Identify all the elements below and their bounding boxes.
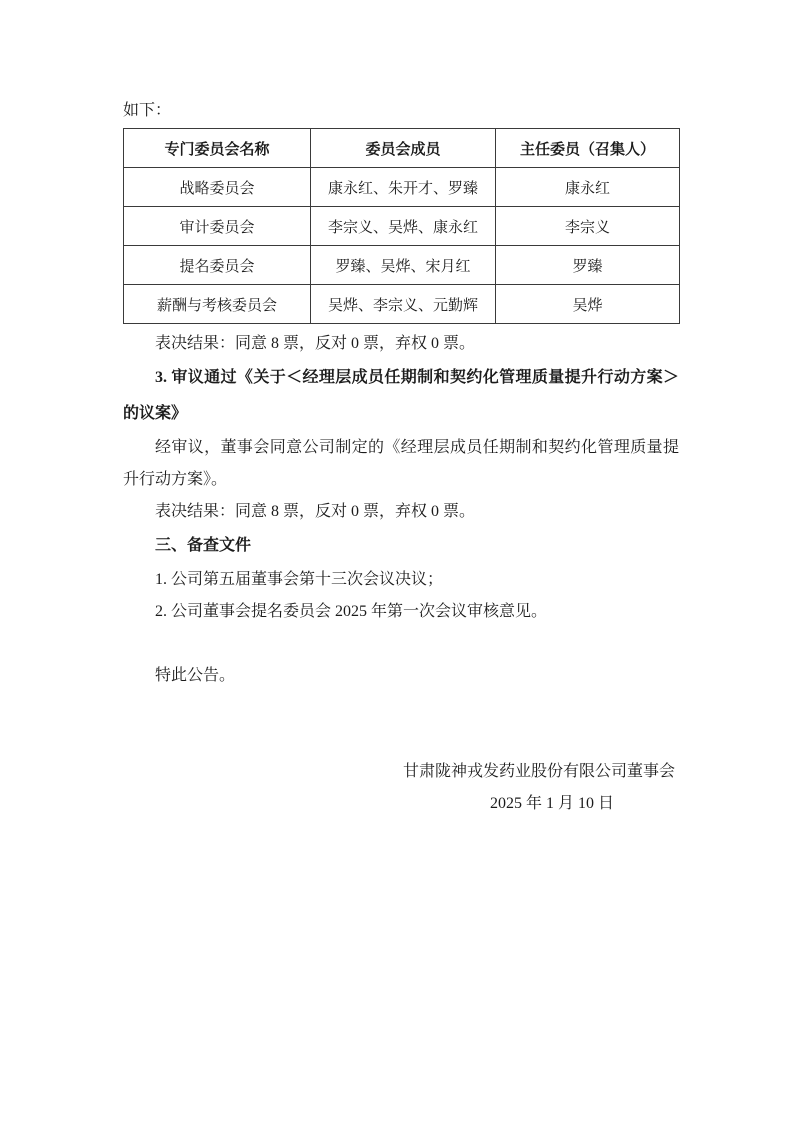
signature-date: 2025 年 1 月 10 日 [123, 788, 679, 820]
table-cell: 李宗义 [496, 207, 680, 246]
table-header-members: 委员会成员 [311, 129, 496, 168]
table-cell: 康永红、朱开才、罗臻 [311, 168, 496, 207]
table-row: 审计委员会 李宗义、吴烨、康永红 李宗义 [124, 207, 680, 246]
document-page: 如下： 专门委员会名称 委员会成员 主任委员（召集人） 战略委员会 康永红、朱开… [0, 0, 794, 1122]
table-header-row: 专门委员会名称 委员会成员 主任委员（召集人） [124, 129, 680, 168]
reference-doc-item-2: 2. 公司董事会提名委员会 2025 年第一次会议审核意见。 [123, 596, 679, 628]
vote-result-2: 表决结果：同意 8 票，反对 0 票，弃权 0 票。 [123, 496, 679, 528]
closing-text: 特此公告。 [123, 660, 679, 692]
intro-text: 如下： [123, 100, 679, 121]
vote-result-1: 表决结果：同意 8 票，反对 0 票，弃权 0 票。 [123, 328, 679, 360]
table-header-committee-name: 专门委员会名称 [124, 129, 311, 168]
table-row: 战略委员会 康永红、朱开才、罗臻 康永红 [124, 168, 680, 207]
body-paragraphs: 表决结果：同意 8 票，反对 0 票，弃权 0 票。 3. 审议通过《关于＜经理… [123, 328, 679, 820]
item3-body: 经审议，董事会同意公司制定的《经理层成员任期制和契约化管理质量提升行动方案》。 [123, 432, 679, 496]
item3-heading: 3. 审议通过《关于＜经理层成员任期制和契约化管理质量提升行动方案＞的议案》 [123, 360, 679, 432]
signature-company: 甘肃陇神戎发药业股份有限公司董事会 [123, 756, 679, 788]
table-cell: 战略委员会 [124, 168, 311, 207]
committee-table: 专门委员会名称 委员会成员 主任委员（召集人） 战略委员会 康永红、朱开才、罗臻… [123, 128, 680, 324]
table-cell: 吴烨 [496, 285, 680, 324]
table-cell: 审计委员会 [124, 207, 311, 246]
table-cell: 薪酬与考核委员会 [124, 285, 311, 324]
table-cell: 吴烨、李宗义、元勤辉 [311, 285, 496, 324]
table-row: 提名委员会 罗臻、吴烨、宋月红 罗臻 [124, 246, 680, 285]
table-cell: 康永红 [496, 168, 680, 207]
reference-doc-item-1: 1. 公司第五届董事会第十三次会议决议； [123, 564, 679, 596]
table-header-chairman: 主任委员（召集人） [496, 129, 680, 168]
section-heading: 三、备查文件 [123, 528, 679, 564]
table-cell: 李宗义、吴烨、康永红 [311, 207, 496, 246]
blank-lines [123, 692, 679, 756]
table-row: 薪酬与考核委员会 吴烨、李宗义、元勤辉 吴烨 [124, 285, 680, 324]
table-cell: 罗臻 [496, 246, 680, 285]
document-content: 如下： 专门委员会名称 委员会成员 主任委员（召集人） 战略委员会 康永红、朱开… [123, 100, 679, 820]
blank-line [123, 628, 679, 660]
table-cell: 罗臻、吴烨、宋月红 [311, 246, 496, 285]
table-cell: 提名委员会 [124, 246, 311, 285]
